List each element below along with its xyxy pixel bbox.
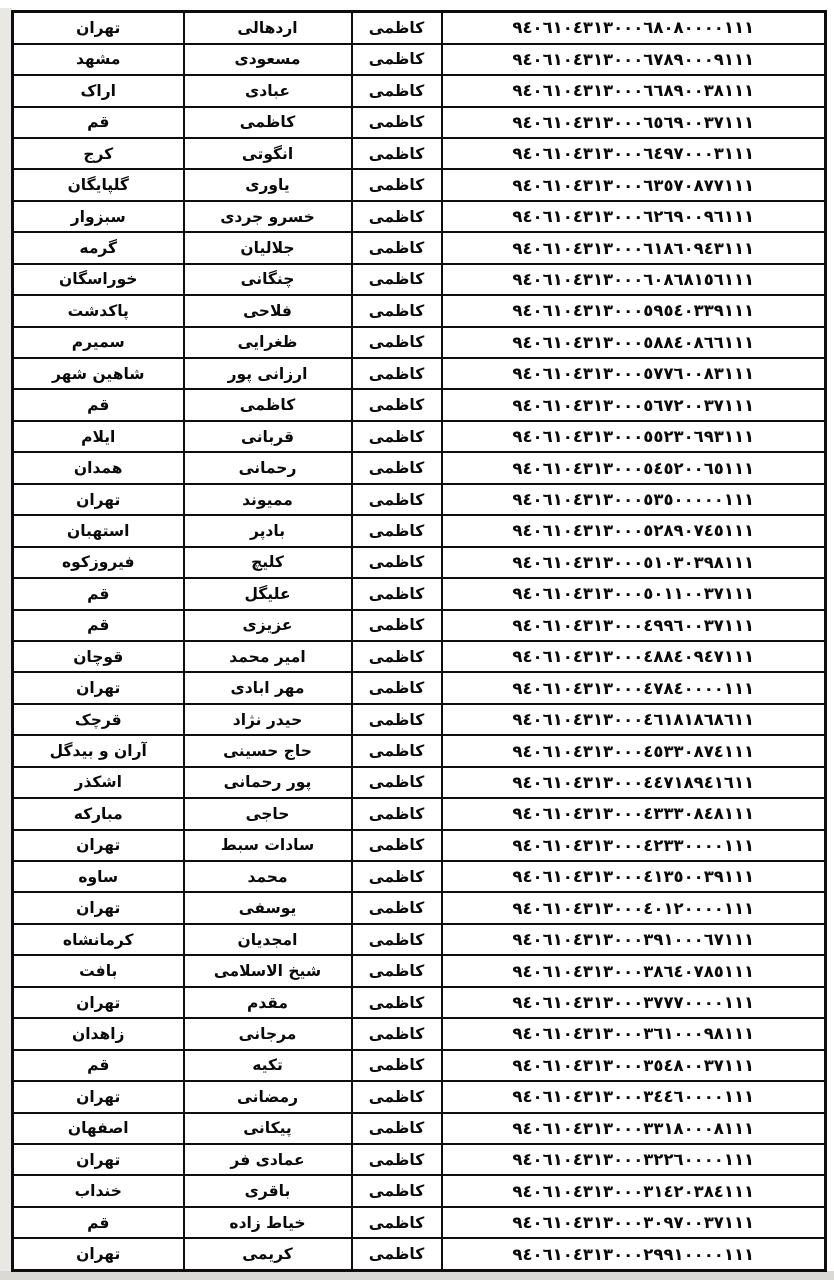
cell-tracking-number: ٩٤٠٦١٠٤٣١٣٠٠٠٤٤٧١٨٩٤١٦١١ — [442, 767, 826, 798]
cell-tracking-number: ٩٤٠٦١٠٤٣١٣٠٠٠٢٩٩١٠٠٠٠١١١ — [442, 1238, 826, 1270]
cell-city: تهران — [13, 672, 184, 703]
table-row: ٩٤٠٦١٠٤٣١٣٠٠٠٤٣٣٣٠٨٤٨١١١کاظمیحاجیمبارکه — [13, 798, 826, 829]
cell-last-name: کاظمی — [184, 107, 352, 138]
cell-city: تهران — [13, 1081, 184, 1112]
cell-first-name: کاظمی — [352, 767, 442, 798]
cell-last-name: ظغرایی — [184, 327, 352, 358]
cell-first-name: کاظمی — [352, 169, 442, 200]
cell-tracking-number: ٩٤٠٦١٠٤٣١٣٠٠٠٥٩٥٤٠٣٣٩١١١ — [442, 295, 826, 326]
cell-first-name: کاظمی — [352, 264, 442, 295]
cell-last-name: مسعودی — [184, 44, 352, 75]
cell-city: گرمه — [13, 232, 184, 263]
table-row: ٩٤٠٦١٠٤٣١٣٠٠٠٦٧٨٩٠٠٠٩١١١کاظمیمسعودیمشهد — [13, 44, 826, 75]
cell-first-name: کاظمی — [352, 232, 442, 263]
table-row: ٩٤٠٦١٠٤٣١٣٠٠٠٥٧٧٦٠٠٨٣١١١کاظمیارزانی پورش… — [13, 358, 826, 389]
cell-tracking-number: ٩٤٠٦١٠٤٣١٣٠٠٠٤١٣٥٠٠٣٩١١١ — [442, 861, 826, 892]
cell-last-name: مهر ابادی — [184, 672, 352, 703]
table-row: ٩٤٠٦١٠٤٣١٣٠٠٠٣٤٤٦٠٠٠٠١١١کاظمیرمضانیتهران — [13, 1081, 826, 1112]
records-table-body: ٩٤٠٦١٠٤٣١٣٠٠٠٦٨٠٨٠٠٠٠١١١کاظمیاردهالیتهرا… — [13, 12, 826, 1271]
cell-last-name: یاوری — [184, 169, 352, 200]
cell-tracking-number: ٩٤٠٦١٠٤٣١٣٠٠٠٥٨٨٤٠٨٦٦١١١ — [442, 327, 826, 358]
table-row: ٩٤٠٦١٠٤٣١٣٠٠٠٣٠٩٧٠٠٣٧١١١کاظمیخیاط زادهقم — [13, 1207, 826, 1238]
cell-first-name: کاظمی — [352, 44, 442, 75]
table-row: ٩٤٠٦١٠٤٣١٣٠٠٠٣٧٧٧٠٠٠٠١١١کاظمیمقدمتهران — [13, 987, 826, 1018]
cell-tracking-number: ٩٤٠٦١٠٤٣١٣٠٠٠٦٤٩٧٠٠٠٣١١١ — [442, 138, 826, 169]
cell-city: همدان — [13, 452, 184, 483]
cell-last-name: تکیه — [184, 1050, 352, 1081]
cell-first-name: کاظمی — [352, 452, 442, 483]
table-row: ٩٤٠٦١٠٤٣١٣٠٠٠٥٤٥٢٠٠٦٥١١١کاظمیرحمانیهمدان — [13, 452, 826, 483]
cell-tracking-number: ٩٤٠٦١٠٤٣١٣٠٠٠٣٣١٨٠٠٠٨١١١ — [442, 1113, 826, 1144]
cell-tracking-number: ٩٤٠٦١٠٤٣١٣٠٠٠٤٣٣٣٠٨٤٨١١١ — [442, 798, 826, 829]
cell-city: تهران — [13, 830, 184, 861]
table-row: ٩٤٠٦١٠٤٣١٣٠٠٠٣٣١٨٠٠٠٨١١١کاظمیپیکانیاصفها… — [13, 1113, 826, 1144]
cell-city: خوراسگان — [13, 264, 184, 295]
table-row: ٩٤٠٦١٠٤٣١٣٠٠٠٦١٨٦٠٩٤٣١١١کاظمیجلالیانگرمه — [13, 232, 826, 263]
cell-first-name: کاظمی — [352, 515, 442, 546]
table-row: ٩٤٠٦١٠٤٣١٣٠٠٠٦٦٨٩٠٠٣٨١١١کاظمیعبادیاراک — [13, 75, 826, 106]
cell-city: استهبان — [13, 515, 184, 546]
cell-city: قم — [13, 389, 184, 420]
cell-last-name: عمادی فر — [184, 1144, 352, 1175]
cell-city: قم — [13, 578, 184, 609]
cell-first-name: کاظمی — [352, 578, 442, 609]
records-table: ٩٤٠٦١٠٤٣١٣٠٠٠٦٨٠٨٠٠٠٠١١١کاظمیاردهالیتهرا… — [11, 10, 827, 1272]
cell-first-name: کاظمی — [352, 389, 442, 420]
cell-tracking-number: ٩٤٠٦١٠٤٣١٣٠٠٠٦٢٦٩٠٠٩٦١١١ — [442, 201, 826, 232]
cell-last-name: چنگانی — [184, 264, 352, 295]
cell-city: بافت — [13, 955, 184, 986]
cell-first-name: کاظمی — [352, 358, 442, 389]
cell-first-name: کاظمی — [352, 1207, 442, 1238]
cell-tracking-number: ٩٤٠٦١٠٤٣١٣٠٠٠٤٠١٢٠٠٠٠١١١ — [442, 892, 826, 923]
table-row: ٩٤٠٦١٠٤٣١٣٠٠٠٤٢٣٣٠٠٠٠١١١کاظمیسادات سبطته… — [13, 830, 826, 861]
table-row: ٩٤٠٦١٠٤٣١٣٠٠٠٥٨٨٤٠٨٦٦١١١کاظمیظغراییسمیرم — [13, 327, 826, 358]
cell-first-name: کاظمی — [352, 75, 442, 106]
cell-last-name: حیدر نژاد — [184, 704, 352, 735]
cell-city: زاهدان — [13, 1018, 184, 1049]
cell-last-name: عزیزی — [184, 610, 352, 641]
cell-tracking-number: ٩٤٠٦١٠٤٣١٣٠٠٠٥٢٨٩٠٧٤٥١١١ — [442, 515, 826, 546]
cell-first-name: کاظمی — [352, 547, 442, 578]
cell-city: قم — [13, 107, 184, 138]
cell-first-name: کاظمی — [352, 987, 442, 1018]
table-row: ٩٤٠٦١٠٤٣١٣٠٠٠٤٦١٨١٨٦٨٦١١کاظمیحیدر نژادقر… — [13, 704, 826, 735]
cell-first-name: کاظمی — [352, 892, 442, 923]
cell-city: سمیرم — [13, 327, 184, 358]
cell-last-name: امیر محمد — [184, 641, 352, 672]
cell-last-name: ممیوند — [184, 484, 352, 515]
cell-tracking-number: ٩٤٠٦١٠٤٣١٣٠٠٠٣٧٧٧٠٠٠٠١١١ — [442, 987, 826, 1018]
cell-city: ساوه — [13, 861, 184, 892]
table-row: ٩٤٠٦١٠٤٣١٣٠٠٠٣٢٢٦٠٠٠٠١١١کاظمیعمادی فرتهر… — [13, 1144, 826, 1175]
cell-last-name: بادپر — [184, 515, 352, 546]
cell-first-name: کاظمی — [352, 704, 442, 735]
table-row: ٩٤٠٦١٠٤٣١٣٠٠٠٦٣٥٧٠٨٧٧١١١کاظمییاوریگلپایگ… — [13, 169, 826, 200]
cell-last-name: انگوتی — [184, 138, 352, 169]
cell-tracking-number: ٩٤٠٦١٠٤٣١٣٠٠٠٣٤٤٦٠٠٠٠١١١ — [442, 1081, 826, 1112]
cell-city: خنداب — [13, 1175, 184, 1206]
cell-city: فیروزکوه — [13, 547, 184, 578]
cell-tracking-number: ٩٤٠٦١٠٤٣١٣٠٠٠٦١٨٦٠٩٤٣١١١ — [442, 232, 826, 263]
cell-last-name: حاج حسینی — [184, 735, 352, 766]
cell-tracking-number: ٩٤٠٦١٠٤٣١٣٠٠٠٥٠١١٠٠٣٧١١١ — [442, 578, 826, 609]
cell-tracking-number: ٩٤٠٦١٠٤٣١٣٠٠٠٤٦١٨١٨٦٨٦١١ — [442, 704, 826, 735]
cell-first-name: کاظمی — [352, 1175, 442, 1206]
cell-city: تهران — [13, 1144, 184, 1175]
cell-city: قم — [13, 1050, 184, 1081]
cell-first-name: کاظمی — [352, 1081, 442, 1112]
cell-first-name: کاظمی — [352, 138, 442, 169]
cell-first-name: کاظمی — [352, 1050, 442, 1081]
cell-tracking-number: ٩٤٠٦١٠٤٣١٣٠٠٠٥٣٥٠٠٠٠٠١١١ — [442, 484, 826, 515]
table-row: ٩٤٠٦١٠٤٣١٣٠٠٠٦٥٦٩٠٠٣٧١١١کاظمیکاظمیقم — [13, 107, 826, 138]
table-row: ٩٤٠٦١٠٤٣١٣٠٠٠٦٠٨٦٨١٥٦١١١کاظمیچنگانیخوراس… — [13, 264, 826, 295]
table-row: ٩٤٠٦١٠٤٣١٣٠٠٠٥٢٨٩٠٧٤٥١١١کاظمیبادپراستهبا… — [13, 515, 826, 546]
cell-last-name: رحمانی — [184, 452, 352, 483]
table-row: ٩٤٠٦١٠٤٣١٣٠٠٠٤٤٧١٨٩٤١٦١١کاظمیپور رحمانیا… — [13, 767, 826, 798]
cell-first-name: کاظمی — [352, 672, 442, 703]
table-row: ٩٤٠٦١٠٤٣١٣٠٠٠٢٩٩١٠٠٠٠١١١کاظمیکریمیتهران — [13, 1238, 826, 1270]
cell-city: کرج — [13, 138, 184, 169]
cell-first-name: کاظمی — [352, 641, 442, 672]
cell-last-name: باقری — [184, 1175, 352, 1206]
cell-tracking-number: ٩٤٠٦١٠٤٣١٣٠٠٠٦٣٥٧٠٨٧٧١١١ — [442, 169, 826, 200]
table-row: ٩٤٠٦١٠٤٣١٣٠٠٠٤١٣٥٠٠٣٩١١١کاظمیمحمدساوه — [13, 861, 826, 892]
cell-city: ایلام — [13, 421, 184, 452]
cell-tracking-number: ٩٤٠٦١٠٤٣١٣٠٠٠٤٩٩٦٠٠٣٧١١١ — [442, 610, 826, 641]
cell-first-name: کاظمی — [352, 1113, 442, 1144]
cell-tracking-number: ٩٤٠٦١٠٤٣١٣٠٠٠٣٥٤٨٠٠٣٧١١١ — [442, 1050, 826, 1081]
cell-tracking-number: ٩٤٠٦١٠٤٣١٣٠٠٠٣٩١٠٠٠٦٧١١١ — [442, 924, 826, 955]
cell-first-name: کاظمی — [352, 1144, 442, 1175]
cell-city: شاهین شهر — [13, 358, 184, 389]
table-row: ٩٤٠٦١٠٤٣١٣٠٠٠٥٦٧٢٠٠٣٧١١١کاظمیکاظمیقم — [13, 389, 826, 420]
cell-tracking-number: ٩٤٠٦١٠٤٣١٣٠٠٠٣٢٢٦٠٠٠٠١١١ — [442, 1144, 826, 1175]
cell-last-name: اردهالی — [184, 12, 352, 44]
cell-tracking-number: ٩٤٠٦١٠٤٣١٣٠٠٠٦٥٦٩٠٠٣٧١١١ — [442, 107, 826, 138]
cell-last-name: ارزانی پور — [184, 358, 352, 389]
table-row: ٩٤٠٦١٠٤٣١٣٠٠٠٣٩١٠٠٠٦٧١١١کاظمیامجدیانکرما… — [13, 924, 826, 955]
cell-city: تهران — [13, 987, 184, 1018]
cell-last-name: محمد — [184, 861, 352, 892]
cell-last-name: پور رحمانی — [184, 767, 352, 798]
cell-tracking-number: ٩٤٠٦١٠٤٣١٣٠٠٠٥٤٥٢٠٠٦٥١١١ — [442, 452, 826, 483]
cell-tracking-number: ٩٤٠٦١٠٤٣١٣٠٠٠٣٦١٠٠٠٩٨١١١ — [442, 1018, 826, 1049]
cell-first-name: کاظمی — [352, 107, 442, 138]
cell-city: پاکدشت — [13, 295, 184, 326]
cell-tracking-number: ٩٤٠٦١٠٤٣١٣٠٠٠٣٠٩٧٠٠٣٧١١١ — [442, 1207, 826, 1238]
cell-city: تهران — [13, 12, 184, 44]
cell-city: قم — [13, 610, 184, 641]
cell-first-name: کاظمی — [352, 484, 442, 515]
cell-last-name: جلالیان — [184, 232, 352, 263]
cell-first-name: کاظمی — [352, 830, 442, 861]
cell-first-name: کاظمی — [352, 201, 442, 232]
cell-last-name: یوسفی — [184, 892, 352, 923]
cell-last-name: حاجی — [184, 798, 352, 829]
table-row: ٩٤٠٦١٠٤٣١٣٠٠٠٥٥٢٣٠٦٩٣١١١کاظمیقربانیایلام — [13, 421, 826, 452]
table-row: ٩٤٠٦١٠٤٣١٣٠٠٠٣٨٦٤٠٧٨٥١١١کاظمیشیخ الاسلام… — [13, 955, 826, 986]
table-row: ٩٤٠٦١٠٤٣١٣٠٠٠٦٢٦٩٠٠٩٦١١١کاظمیخسرو جردیسب… — [13, 201, 826, 232]
cell-tracking-number: ٩٤٠٦١٠٤٣١٣٠٠٠٥١٠٣٠٣٩٨١١١ — [442, 547, 826, 578]
cell-first-name: کاظمی — [352, 798, 442, 829]
cell-last-name: کریمی — [184, 1238, 352, 1270]
cell-tracking-number: ٩٤٠٦١٠٤٣١٣٠٠٠٦٨٠٨٠٠٠٠١١١ — [442, 12, 826, 44]
cell-tracking-number: ٩٤٠٦١٠٤٣١٣٠٠٠٦٧٨٩٠٠٠٩١١١ — [442, 44, 826, 75]
cell-tracking-number: ٩٤٠٦١٠٤٣١٣٠٠٠٥٥٢٣٠٦٩٣١١١ — [442, 421, 826, 452]
table-row: ٩٤٠٦١٠٤٣١٣٠٠٠٥١٠٣٠٣٩٨١١١کاظمیکلیچفیروزکو… — [13, 547, 826, 578]
table-row: ٩٤٠٦١٠٤٣١٣٠٠٠٣٥٤٨٠٠٣٧١١١کاظمیتکیهقم — [13, 1050, 826, 1081]
cell-tracking-number: ٩٤٠٦١٠٤٣١٣٠٠٠٣١٤٢٠٣٨٤١١١ — [442, 1175, 826, 1206]
cell-first-name: کاظمی — [352, 861, 442, 892]
cell-first-name: کاظمی — [352, 12, 442, 44]
table-row: ٩٤٠٦١٠٤٣١٣٠٠٠٥٣٥٠٠٠٠٠١١١کاظمیممیوندتهران — [13, 484, 826, 515]
cell-tracking-number: ٩٤٠٦١٠٤٣١٣٠٠٠٤٨٨٤٠٩٤٧١١١ — [442, 641, 826, 672]
table-row: ٩٤٠٦١٠٤٣١٣٠٠٠٤٠١٢٠٠٠٠١١١کاظمییوسفیتهران — [13, 892, 826, 923]
cell-tracking-number: ٩٤٠٦١٠٤٣١٣٠٠٠٤٧٨٤٠٠٠٠١١١ — [442, 672, 826, 703]
cell-city: اشکذر — [13, 767, 184, 798]
cell-last-name: رمضانی — [184, 1081, 352, 1112]
cell-city: گلپایگان — [13, 169, 184, 200]
cell-last-name: مقدم — [184, 987, 352, 1018]
cell-city: تهران — [13, 892, 184, 923]
cell-tracking-number: ٩٤٠٦١٠٤٣١٣٠٠٠٥٦٧٢٠٠٣٧١١١ — [442, 389, 826, 420]
cell-last-name: مرجانی — [184, 1018, 352, 1049]
table-row: ٩٤٠٦١٠٤٣١٣٠٠٠٤٧٨٤٠٠٠٠١١١کاظمیمهر ابادیته… — [13, 672, 826, 703]
cell-tracking-number: ٩٤٠٦١٠٤٣١٣٠٠٠٦٠٨٦٨١٥٦١١١ — [442, 264, 826, 295]
table-row: ٩٤٠٦١٠٤٣١٣٠٠٠٤٥٣٣٠٨٧٤١١١کاظمیحاج حسینیآر… — [13, 735, 826, 766]
cell-last-name: قربانی — [184, 421, 352, 452]
cell-last-name: شیخ الاسلامی — [184, 955, 352, 986]
table-row: ٩٤٠٦١٠٤٣١٣٠٠٠٣١٤٢٠٣٨٤١١١کاظمیباقریخنداب — [13, 1175, 826, 1206]
cell-tracking-number: ٩٤٠٦١٠٤٣١٣٠٠٠٣٨٦٤٠٧٨٥١١١ — [442, 955, 826, 986]
cell-last-name: عبادی — [184, 75, 352, 106]
cell-city: تهران — [13, 1238, 184, 1270]
cell-first-name: کاظمی — [352, 955, 442, 986]
cell-tracking-number: ٩٤٠٦١٠٤٣١٣٠٠٠٥٧٧٦٠٠٨٣١١١ — [442, 358, 826, 389]
cell-first-name: کاظمی — [352, 1018, 442, 1049]
cell-last-name: فلاحی — [184, 295, 352, 326]
scan-edge-bottom — [0, 1271, 834, 1280]
cell-first-name: کاظمی — [352, 295, 442, 326]
table-row: ٩٤٠٦١٠٤٣١٣٠٠٠٣٦١٠٠٠٩٨١١١کاظمیمرجانیزاهدا… — [13, 1018, 826, 1049]
cell-last-name: خسرو جردی — [184, 201, 352, 232]
table-row: ٩٤٠٦١٠٤٣١٣٠٠٠٦٨٠٨٠٠٠٠١١١کاظمیاردهالیتهرا… — [13, 12, 826, 44]
table-row: ٩٤٠٦١٠٤٣١٣٠٠٠٦٤٩٧٠٠٠٣١١١کاظمیانگوتیکرج — [13, 138, 826, 169]
cell-first-name: کاظمی — [352, 1238, 442, 1270]
table-row: ٩٤٠٦١٠٤٣١٣٠٠٠٤٨٨٤٠٩٤٧١١١کاظمیامیر محمدقو… — [13, 641, 826, 672]
cell-last-name: پیکانی — [184, 1113, 352, 1144]
cell-city: مشهد — [13, 44, 184, 75]
table-row: ٩٤٠٦١٠٤٣١٣٠٠٠٥٩٥٤٠٣٣٩١١١کاظمیفلاحیپاکدشت — [13, 295, 826, 326]
scanned-document-page: ٩٤٠٦١٠٤٣١٣٠٠٠٦٨٠٨٠٠٠٠١١١کاظمیاردهالیتهرا… — [0, 0, 834, 1280]
cell-last-name: کاظمی — [184, 389, 352, 420]
cell-first-name: کاظمی — [352, 327, 442, 358]
cell-city: آران و بیدگل — [13, 735, 184, 766]
cell-tracking-number: ٩٤٠٦١٠٤٣١٣٠٠٠٤٢٣٣٠٠٠٠١١١ — [442, 830, 826, 861]
table-row: ٩٤٠٦١٠٤٣١٣٠٠٠٤٩٩٦٠٠٣٧١١١کاظمیعزیزیقم — [13, 610, 826, 641]
table-row: ٩٤٠٦١٠٤٣١٣٠٠٠٥٠١١٠٠٣٧١١١کاظمیعلیگلقم — [13, 578, 826, 609]
cell-city: مبارکه — [13, 798, 184, 829]
cell-first-name: کاظمی — [352, 924, 442, 955]
cell-city: قرچک — [13, 704, 184, 735]
cell-city: اصفهان — [13, 1113, 184, 1144]
cell-tracking-number: ٩٤٠٦١٠٤٣١٣٠٠٠٤٥٣٣٠٨٧٤١١١ — [442, 735, 826, 766]
cell-city: تهران — [13, 484, 184, 515]
cell-city: قم — [13, 1207, 184, 1238]
cell-tracking-number: ٩٤٠٦١٠٤٣١٣٠٠٠٦٦٨٩٠٠٣٨١١١ — [442, 75, 826, 106]
cell-last-name: سادات سبط — [184, 830, 352, 861]
cell-last-name: علیگل — [184, 578, 352, 609]
cell-city: سبزوار — [13, 201, 184, 232]
cell-first-name: کاظمی — [352, 610, 442, 641]
cell-first-name: کاظمی — [352, 735, 442, 766]
cell-last-name: امجدیان — [184, 924, 352, 955]
cell-last-name: خیاط زاده — [184, 1207, 352, 1238]
cell-city: اراک — [13, 75, 184, 106]
cell-city: کرمانشاه — [13, 924, 184, 955]
cell-first-name: کاظمی — [352, 421, 442, 452]
cell-last-name: کلیچ — [184, 547, 352, 578]
cell-city: قوچان — [13, 641, 184, 672]
